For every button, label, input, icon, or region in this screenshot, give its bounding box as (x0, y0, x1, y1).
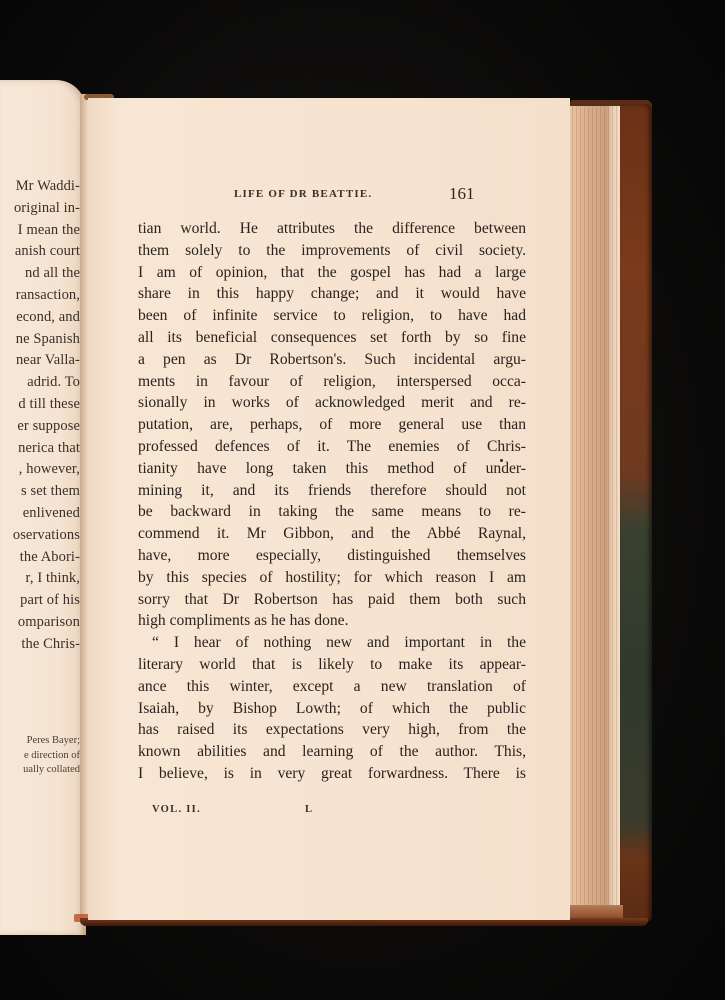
left-line: r, I think, (13, 568, 80, 590)
ink-speck (500, 459, 503, 462)
left-line: the Abori- (13, 547, 80, 569)
left-line: oservations (13, 525, 80, 547)
text-line: ments in favour of religion, intersperse… (138, 371, 526, 393)
text-line: tian world. He attributes the difference… (138, 218, 526, 240)
footnote-line: e direction of (23, 749, 80, 764)
text-line: I believe, is in very great forwardness.… (138, 763, 526, 785)
left-line: anish court (13, 241, 80, 263)
text-line: putation, are, perhaps, of more general … (138, 414, 526, 436)
text-line: tianity have long taken this method of u… (138, 458, 526, 480)
left-line: the Chris- (13, 634, 80, 656)
text-line: mining it, and its friends therefore sho… (138, 480, 526, 502)
text-line: sorry that Dr Robertson has paid them bo… (138, 589, 526, 611)
text-line: known abilities and learning of the auth… (138, 741, 526, 763)
left-page-text: Mr Waddi- original in- I mean the anish … (13, 176, 80, 656)
left-line: , however, (13, 459, 80, 481)
left-line: econd, and (13, 307, 80, 329)
volume-mark: VOL. II. (152, 804, 201, 815)
text-line: be backward in taking the same means to … (138, 501, 526, 523)
left-page: Mr Waddi- original in- I mean the anish … (0, 80, 86, 935)
left-line: d till these (13, 394, 80, 416)
page-number: 161 (449, 184, 475, 204)
text-line: all its beneficial consequences set fort… (138, 327, 526, 349)
left-line: s set them (13, 481, 80, 503)
footnote-line: ually collated (23, 763, 80, 778)
text-line: been of infinite service to religion, to… (138, 305, 526, 327)
page-body-text: tian world. He attributes the difference… (138, 218, 526, 785)
left-line: part of his (13, 590, 80, 612)
paragraph-end-line: high compliments as he has done. (138, 610, 526, 632)
text-line: ance this winter, except a new translati… (138, 676, 526, 698)
left-line: nd all the (13, 263, 80, 285)
text-line: literary world that is likely to make it… (138, 654, 526, 676)
text-line: commend it. Mr Gibbon, and the Abbé Rayn… (138, 523, 526, 545)
left-line: I mean the (13, 220, 80, 242)
fore-edge-bottom (568, 905, 623, 919)
page-footer: VOL. II. L (88, 804, 570, 820)
running-head: LIFE OF DR BEATTIE. (234, 188, 372, 200)
left-line: enlivened (13, 503, 80, 525)
left-line: er suppose (13, 416, 80, 438)
left-line: Mr Waddi- (13, 176, 80, 198)
footnote-line: Peres Bayer; (23, 734, 80, 749)
text-line: share in this happy change; and it would… (138, 283, 526, 305)
left-line: original in- (13, 198, 80, 220)
left-line: ne Spanish (13, 329, 80, 351)
left-line: omparison (13, 612, 80, 634)
left-line: nerica that (13, 438, 80, 460)
text-line: sionally in works of acknowledged merit … (138, 392, 526, 414)
paragraph-start-line: “ I hear of nothing new and important in… (138, 632, 526, 654)
signature-mark: L (305, 804, 312, 815)
text-line: professed defences of it. The enemies of… (138, 436, 526, 458)
text-line: I am of opinion, that the gospel has had… (138, 262, 526, 284)
book-cover-board (620, 104, 652, 922)
right-page: LIFE OF DR BEATTIE. 161 tian world. He a… (88, 98, 570, 920)
text-line: them solely to the improvements of civil… (138, 240, 526, 262)
left-line: near Valla- (13, 350, 80, 372)
text-line: a pen as Dr Robertson's. Such incidental… (138, 349, 526, 371)
left-line: adrid. To (13, 372, 80, 394)
page-fore-edge (568, 106, 620, 918)
text-line: have, more especially, distinguished the… (138, 545, 526, 567)
text-line: by this species of hostility; for which … (138, 567, 526, 589)
text-line: Isaiah, by Bishop Lowth; of which the pu… (138, 698, 526, 720)
left-line: ransaction, (13, 285, 80, 307)
text-line: has raised its expectations very high, f… (138, 719, 526, 741)
page-header: LIFE OF DR BEATTIE. 161 (88, 186, 570, 206)
left-page-footnotes: Peres Bayer; e direction of ually collat… (23, 734, 80, 778)
